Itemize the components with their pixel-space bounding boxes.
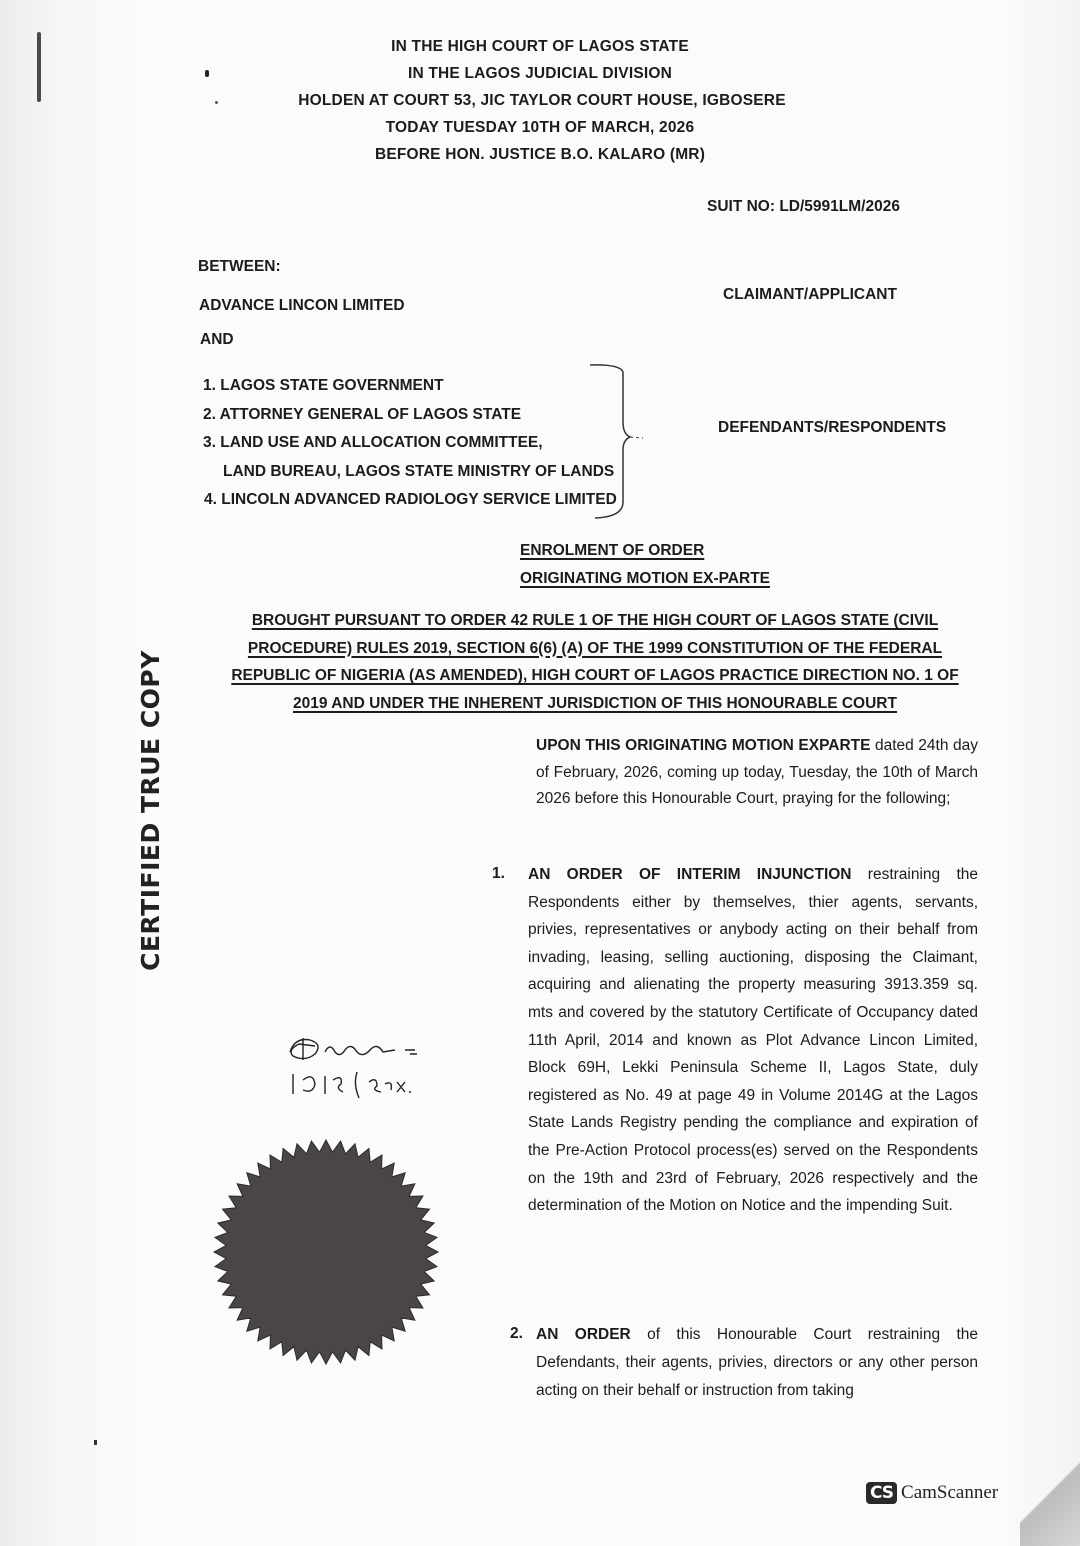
document-title: ENROLMENT OF ORDER ORIGINATING MOTION EX… xyxy=(520,537,770,593)
defendant-4: 4. LINCOLN ADVANCED RADIOLOGY SERVICE LI… xyxy=(204,486,617,515)
header-line-holden: HOLDEN AT COURT 53, JIC TAYLOR COURT HOU… xyxy=(0,87,1080,114)
item-number: 1. xyxy=(492,861,505,888)
item-bold: AN ORDER OF INTERIM INJUNCTION xyxy=(528,866,852,883)
intro-paragraph: UPON THIS ORIGINATING MOTION EXPARTE dat… xyxy=(536,733,978,813)
header-line-date: TODAY TUESDAY 10TH OF MARCH, 2026 xyxy=(0,114,1080,141)
header-line-judge: BEFORE HON. JUSTICE B.O. KALARO (MR) xyxy=(0,141,1080,168)
certified-text: CERTIFIED TRUE COPY xyxy=(136,650,165,971)
and-label: AND xyxy=(200,331,234,349)
defendants-role: DEFENDANTS/RESPONDENTS xyxy=(718,419,946,437)
intro-bold: UPON THIS ORIGINATING MOTION EXPARTE xyxy=(536,737,870,754)
defendant-3-cont: LAND BUREAU, LAGOS STATE MINISTRY OF LAN… xyxy=(203,458,617,487)
court-seal-icon xyxy=(212,1138,440,1366)
scanned-document-page: IN THE HIGH COURT OF LAGOS STATE IN THE … xyxy=(0,0,1080,1546)
claimant-role: CLAIMANT/APPLICANT xyxy=(723,286,897,304)
camscanner-watermark: CS CamScanner xyxy=(866,1482,998,1504)
camscanner-text: CamScanner xyxy=(901,1482,998,1504)
defendants-list: 1. LAGOS STATE GOVERNMENT 2. ATTORNEY GE… xyxy=(203,372,617,515)
defendant-1: 1. LAGOS STATE GOVERNMENT xyxy=(203,372,617,401)
defendant-3: 3. LAND USE AND ALLOCATION COMMITTEE, xyxy=(203,429,617,458)
header-line-court: IN THE HIGH COURT OF LAGOS STATE xyxy=(0,33,1080,60)
order-item-1: 1. AN ORDER OF INTERIM INJUNCTION restra… xyxy=(492,861,978,1220)
court-header: IN THE HIGH COURT OF LAGOS STATE IN THE … xyxy=(0,33,1080,168)
item-text: restraining the Respondents either by th… xyxy=(528,866,978,1214)
title-line-2: ORIGINATING MOTION EX-PARTE xyxy=(520,565,770,593)
order-item-2: 2. AN ORDER of this Honourable Court res… xyxy=(510,1321,978,1405)
brought-line: PROCEDURE) RULES 2019, SECTION 6(6) (A) … xyxy=(205,635,985,663)
page-fold-shadow xyxy=(1020,1436,1080,1546)
signature-icon xyxy=(285,1032,485,1112)
suit-number: SUIT NO: LD/5991LM/2026 xyxy=(707,198,900,216)
header-line-division: IN THE LAGOS JUDICIAL DIVISION xyxy=(0,60,1080,87)
item-number: 2. xyxy=(510,1321,523,1348)
brought-line: 2019 AND UNDER THE INHERENT JURISDICTION… xyxy=(205,690,985,718)
title-line-1: ENROLMENT OF ORDER xyxy=(520,537,770,565)
certified-true-copy-stamp: CERTIFIED TRUE COPY xyxy=(120,640,180,980)
item-bold: AN ORDER xyxy=(536,1326,631,1343)
defendant-2: 2. ATTORNEY GENERAL OF LAGOS STATE xyxy=(203,401,617,430)
curly-brace-icon xyxy=(585,362,645,522)
ink-speck xyxy=(94,1440,97,1445)
between-label: BETWEEN: xyxy=(198,258,281,276)
brought-line: BROUGHT PURSUANT TO ORDER 42 RULE 1 OF T… xyxy=(205,607,985,635)
claimant-name: ADVANCE LINCON LIMITED xyxy=(199,297,405,315)
camscanner-logo-icon: CS xyxy=(866,1482,897,1504)
brought-pursuant-clause: BROUGHT PURSUANT TO ORDER 42 RULE 1 OF T… xyxy=(205,607,985,717)
brought-line: REPUBLIC OF NIGERIA (AS AMENDED), HIGH C… xyxy=(205,662,985,690)
